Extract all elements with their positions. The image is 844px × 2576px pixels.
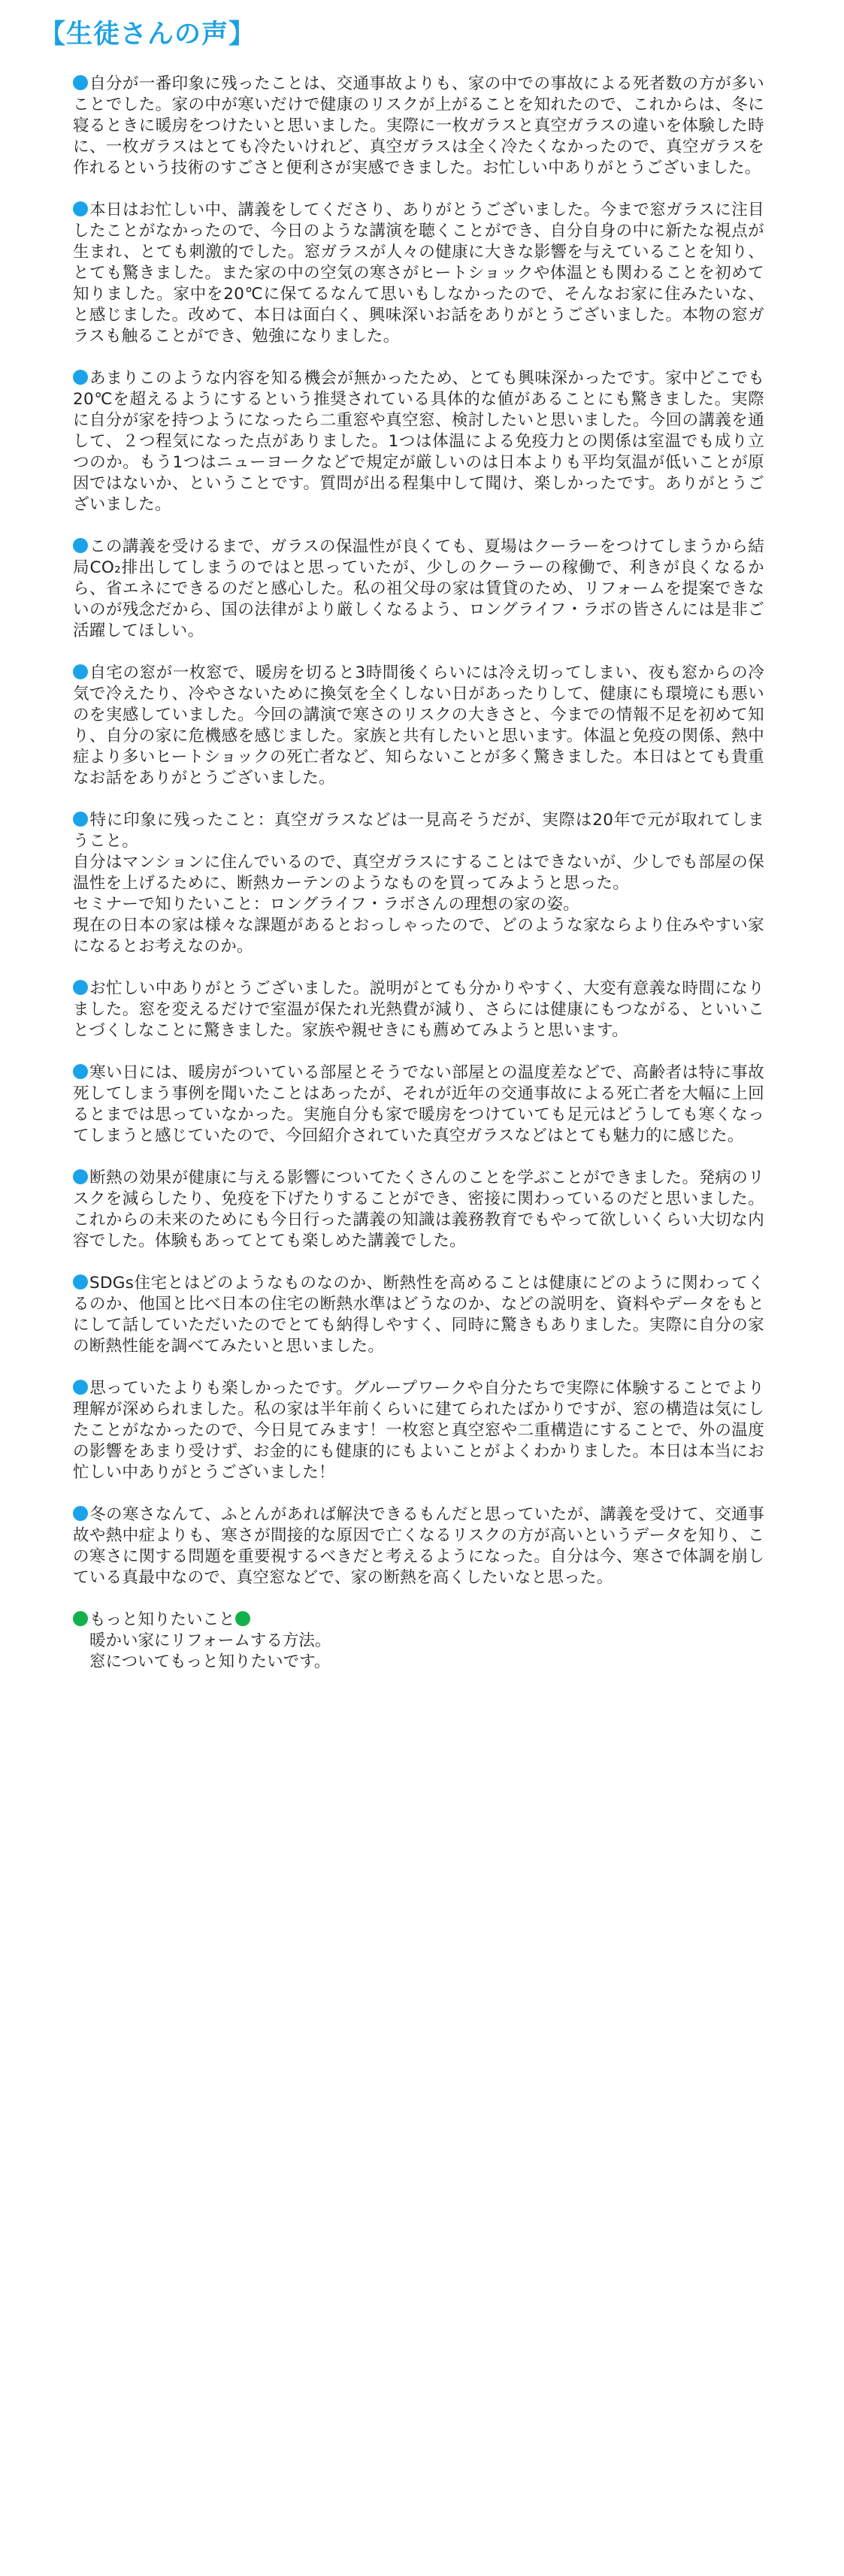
blue-dot-bullet-icon [73, 201, 88, 216]
voice-text: 断熱の効果が健康に与える影響についてたくさんのことを学ぶことができました。発病の… [73, 1169, 764, 1250]
voice-text: 本日はお忙しい中、講義をしてくださり、ありがとうございました。今まで窓ガラスに注… [73, 201, 764, 346]
blue-dot-bullet-icon [73, 1274, 88, 1290]
want-to-know-more-heading-text: もっと知りたいこと [89, 1610, 235, 1629]
voice-item: 自分が一番印象に残ったことは、交通事故よりも、家の中での事故による死者数の方が多… [73, 74, 764, 179]
voice-text: お忙しい中ありがとうございました。説明がとても分かりやすく、大変有意義な時間にな… [73, 979, 764, 1040]
blue-dot-bullet-icon [73, 1506, 88, 1521]
voice-text: 思っていたよりも楽しかったです。グループワークや自分たちで実際に体験することでよ… [73, 1379, 764, 1482]
voice-item: 思っていたよりも楽しかったです。グループワークや自分たちで実際に体験することでよ… [73, 1378, 764, 1483]
voice-text: 自分が一番印象に残ったことは、交通事故よりも、家の中での事故による死者数の方が多… [73, 74, 764, 177]
voice-text: 自宅の窓が一枚窓で、暖房を切ると3時間後くらいには冷え切ってしまい、夜も窓からの… [73, 664, 764, 788]
voice-text: あまりこのような内容を知る機会が無かったため、とても興味深かったです。家中どこで… [73, 369, 764, 514]
student-voices-list: 自分が一番印象に残ったことは、交通事故よりも、家の中での事故による死者数の方が多… [73, 74, 764, 1673]
voice-item: 断熱の効果が健康に与える影響についてたくさんのことを学ぶことができました。発病の… [73, 1168, 764, 1252]
blue-dot-bullet-icon [73, 1064, 88, 1079]
want-to-know-more-line: 暖かい家にリフォームする方法。 [73, 1631, 764, 1652]
blue-dot-bullet-icon [73, 1380, 88, 1395]
voice-item: 冬の寒さなんて、ふとんがあれば解決できるもんだと思っていたが、講義を受けて、交通… [73, 1504, 764, 1589]
voice-text: 寒い日には、暖房がついている部屋とそうでない部屋との温度差などで、高齢者は特に事… [73, 1063, 764, 1145]
blue-dot-bullet-icon [73, 980, 88, 995]
voice-item: SDGs住宅とはどのようなものなのか、断熱性を高めることは健康にどのように関わっ… [73, 1273, 764, 1357]
voice-text: 冬の寒さなんて、ふとんがあれば解決できるもんだと思っていたが、講義を受けて、交通… [73, 1505, 764, 1587]
blue-dot-bullet-icon [73, 664, 88, 679]
green-dot-bullet-icon [73, 1611, 88, 1626]
voice-item: お忙しい中ありがとうございました。説明がとても分かりやすく、大変有意義な時間にな… [73, 978, 764, 1042]
voice-item: 特に印象に残ったこと：真空ガラスなどは一見高そうだが、実際は20年で元が取れてし… [73, 810, 764, 957]
want-to-know-more-section: もっと知りたいこと 暖かい家にリフォームする方法。 窓についてもっと知りたいです… [73, 1610, 764, 1673]
voice-item: 本日はお忙しい中、講義をしてくださり、ありがとうございました。今まで窓ガラスに注… [73, 200, 764, 347]
voice-item: この講義を受けるまで、ガラスの保温性が良くても、夏場はクーラーをつけてしまうから… [73, 537, 764, 642]
green-dot-bullet-icon [235, 1611, 250, 1626]
blue-dot-bullet-icon [73, 538, 88, 553]
want-to-know-more-line: 窓についてもっと知りたいです。 [73, 1652, 764, 1673]
voice-item: あまりこのような内容を知る機会が無かったため、とても興味深かったです。家中どこで… [73, 368, 764, 516]
voice-item: 自宅の窓が一枚窓で、暖房を切ると3時間後くらいには冷え切ってしまい、夜も窓からの… [73, 663, 764, 789]
voice-text: この講義を受けるまで、ガラスの保温性が良くても、夏場はクーラーをつけてしまうから… [73, 537, 764, 640]
blue-dot-bullet-icon [73, 812, 88, 827]
want-to-know-more-heading: もっと知りたいこと [73, 1610, 764, 1631]
blue-dot-bullet-icon [73, 75, 88, 90]
blue-dot-bullet-icon [73, 1169, 88, 1184]
voice-text: 特に印象に残ったこと：真空ガラスなどは一見高そうだが、実際は20年で元が取れてし… [73, 811, 764, 956]
voice-item: 寒い日には、暖房がついている部屋とそうでない部屋との温度差などで、高齢者は特に事… [73, 1063, 764, 1147]
page-title: 【生徒さんの声】 [39, 17, 256, 53]
blue-dot-bullet-icon [73, 370, 88, 385]
voice-text: SDGs住宅とはどのようなものなのか、断熱性を高めることは健康にどのように関わっ… [73, 1274, 764, 1356]
